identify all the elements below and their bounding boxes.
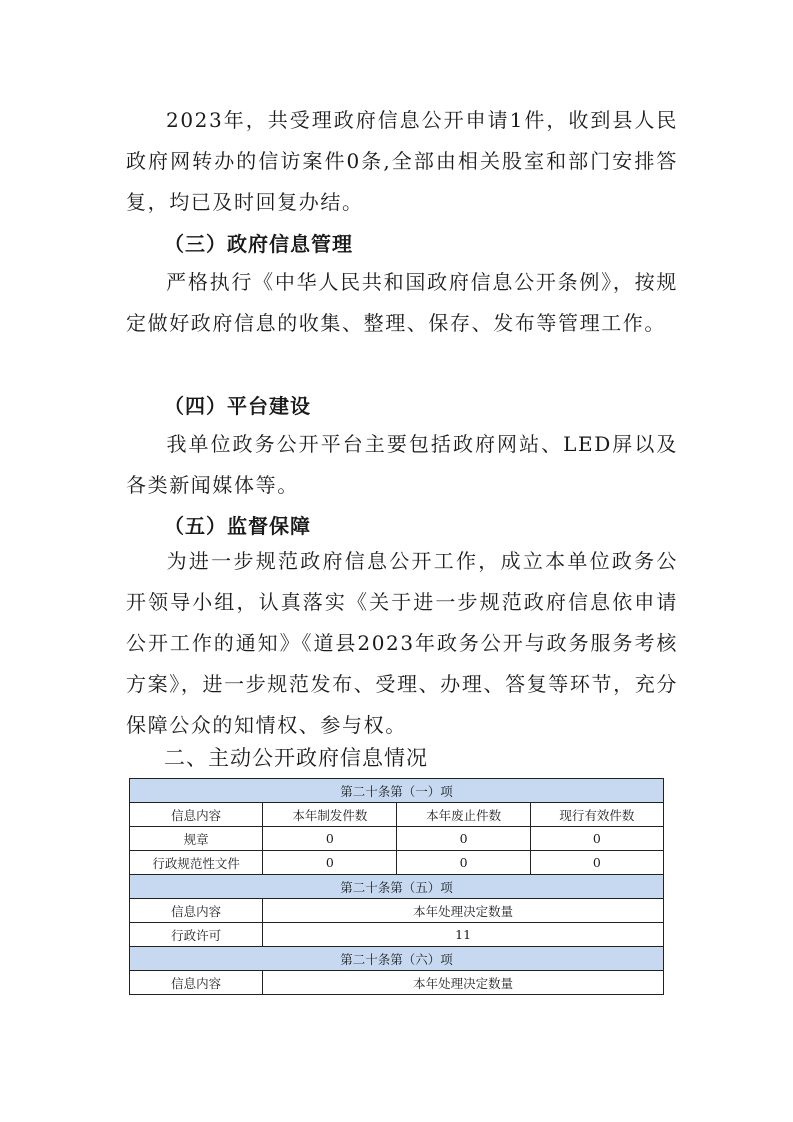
table-cell: 11: [263, 923, 664, 947]
column-header: 本年制发件数: [263, 803, 397, 827]
column-header: 现行有效件数: [530, 803, 663, 827]
paragraph-text: 为进一步规范政府信息公开工作，成立本单位政务公开领导小组，认真落实《关于进一步规…: [126, 549, 678, 737]
table-group-header: 第二十条第（六）项: [130, 947, 664, 971]
table-cell: 行政规范性文件: [130, 851, 263, 875]
table-cell: 规章: [130, 827, 263, 851]
table-cell: 0: [397, 851, 530, 875]
column-header: 信息内容: [130, 803, 263, 827]
table-cell: 0: [397, 827, 530, 851]
heading-platform: （四）平台建设: [164, 390, 311, 419]
group-title: 第二十条第（一）项: [130, 779, 664, 803]
table-header-row: 信息内容 本年处理决定数量: [130, 971, 664, 995]
table-cell: 0: [530, 827, 663, 851]
table-header-row: 信息内容 本年处理决定数量: [130, 899, 664, 923]
paragraph-text: 严格执行《中华人民共和国政府信息公开条例》，按规定做好政府信息的收集、整理、保存…: [126, 270, 678, 335]
section-title: 二、主动公开政府信息情况: [164, 742, 428, 772]
paragraph-text: 2023年，共受理政府信息公开申请1件，收到县人民政府网转办的信访案件0条,全部…: [126, 108, 678, 214]
column-header: 本年处理决定数量: [263, 899, 664, 923]
group-title: 第二十条第（六）项: [130, 947, 664, 971]
table-header-row: 信息内容 本年制发件数 本年废止件数 现行有效件数: [130, 803, 664, 827]
table-cell: 行政许可: [130, 923, 263, 947]
column-header: 信息内容: [130, 971, 263, 995]
table-cell: 0: [530, 851, 663, 875]
paragraph-platform: 我单位政务公开平台主要包括政府网站、LED屏以及各类新闻媒体等。: [126, 424, 678, 506]
heading-info-management: （三）政府信息管理: [164, 228, 353, 257]
group-title: 第二十条第（五）项: [130, 875, 664, 899]
heading-supervision: （五）监督保障: [164, 510, 311, 539]
paragraph-requests: 2023年，共受理政府信息公开申请1件，收到县人民政府网转办的信访案件0条,全部…: [126, 100, 678, 223]
paragraph-supervision: 为进一步规范政府信息公开工作，成立本单位政务公开领导小组，认真落实《关于进一步规…: [126, 541, 678, 746]
table-group-header: 第二十条第（一）项: [130, 779, 664, 803]
paragraph-management: 严格执行《中华人民共和国政府信息公开条例》，按规定做好政府信息的收集、整理、保存…: [126, 262, 678, 344]
table-cell: 0: [263, 851, 397, 875]
column-header: 信息内容: [130, 899, 263, 923]
table-row: 行政规范性文件 0 0 0: [130, 851, 664, 875]
column-header: 本年废止件数: [397, 803, 530, 827]
column-header: 本年处理决定数量: [263, 971, 664, 995]
table-group-header: 第二十条第（五）项: [130, 875, 664, 899]
table-row: 行政许可 11: [130, 923, 664, 947]
table-row: 规章 0 0 0: [130, 827, 664, 851]
paragraph-text: 我单位政务公开平台主要包括政府网站、LED屏以及各类新闻媒体等。: [126, 432, 678, 497]
table-cell: 0: [263, 827, 397, 851]
info-table: 第二十条第（一）项 信息内容 本年制发件数 本年废止件数 现行有效件数 规章 0…: [129, 778, 664, 995]
